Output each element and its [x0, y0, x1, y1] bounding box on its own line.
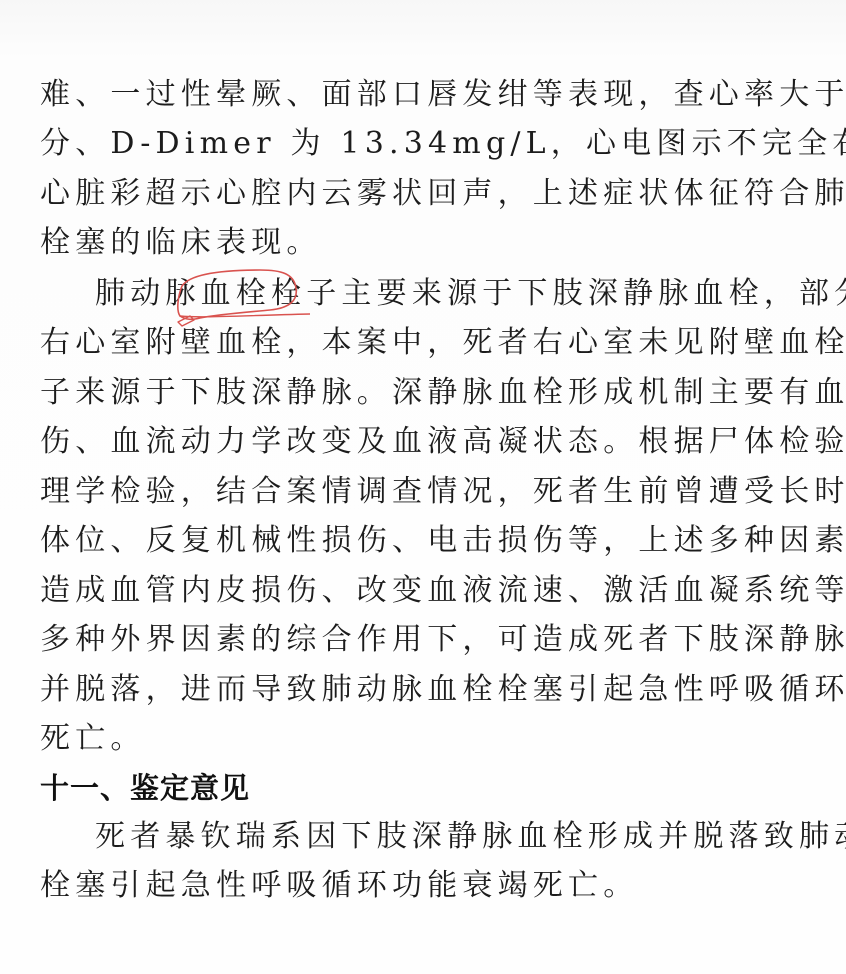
document-page: 难、一过性晕厥、面部口唇发绀等表现，查心率大于 90 次/ 分、D-Dimer …: [0, 0, 846, 974]
paragraph-line: 栓塞的临床表现。: [40, 223, 810, 263]
highlighted-term: 血栓栓子: [201, 276, 342, 311]
section-heading: 十一、鉴定意见: [40, 768, 250, 808]
paragraph-line: 心脏彩超示心腔内云雾状回声，上述症状体征符合肺动脉血栓: [40, 174, 810, 214]
conclusion-line: 死者暴钦瑞系因下肢深静脉血栓形成并脱落致肺动脉血栓: [95, 817, 810, 857]
conclusion-line: 栓塞引起急性呼吸循环功能衰竭死亡。: [40, 866, 810, 906]
paragraph-line: 造成血管内皮损伤、改变血液流速、激活血凝系统等，在上述: [40, 571, 810, 611]
paragraph-line: 子来源于下肢深静脉。深静脉血栓形成机制主要有血管内皮损: [40, 373, 810, 413]
text-before-highlight: 肺动脉: [95, 276, 201, 311]
paragraph-line: 死亡。: [40, 719, 810, 759]
paragraph-line: 多种外界因素的综合作用下，可造成死者下肢深静脉血栓形成: [40, 620, 810, 660]
paragraph-first-line: 肺动脉血栓栓子主要来源于下肢深静脉血栓，部分来源于: [95, 274, 810, 314]
paragraph-line: 并脱落，进而导致肺动脉血栓栓塞引起急性呼吸循环功能衰竭: [40, 670, 810, 710]
paragraph-line: 伤、血流动力学改变及血液高凝状态。根据尸体检验、组织病: [40, 422, 810, 462]
paragraph-line: 体位、反复机械性损伤、电击损伤等，上述多种因素作用可以: [40, 521, 810, 561]
paragraph-line: 右心室附壁血栓，本案中，死者右心室未见附壁血栓，考虑栓: [40, 323, 810, 363]
paragraph-line: 分、D-Dimer 为 13.34mg/L，心电图示不完全右束支传导阻滞，: [40, 124, 810, 164]
paragraph-line: 难、一过性晕厥、面部口唇发绀等表现，查心率大于 90 次/: [40, 75, 810, 115]
text-after-highlight: 主要来源于下肢深静脉血栓，部分来源于: [341, 276, 846, 311]
paragraph-line: 理学检验，结合案情调查情况，死者生前曾遭受长时间限制性: [40, 472, 810, 512]
